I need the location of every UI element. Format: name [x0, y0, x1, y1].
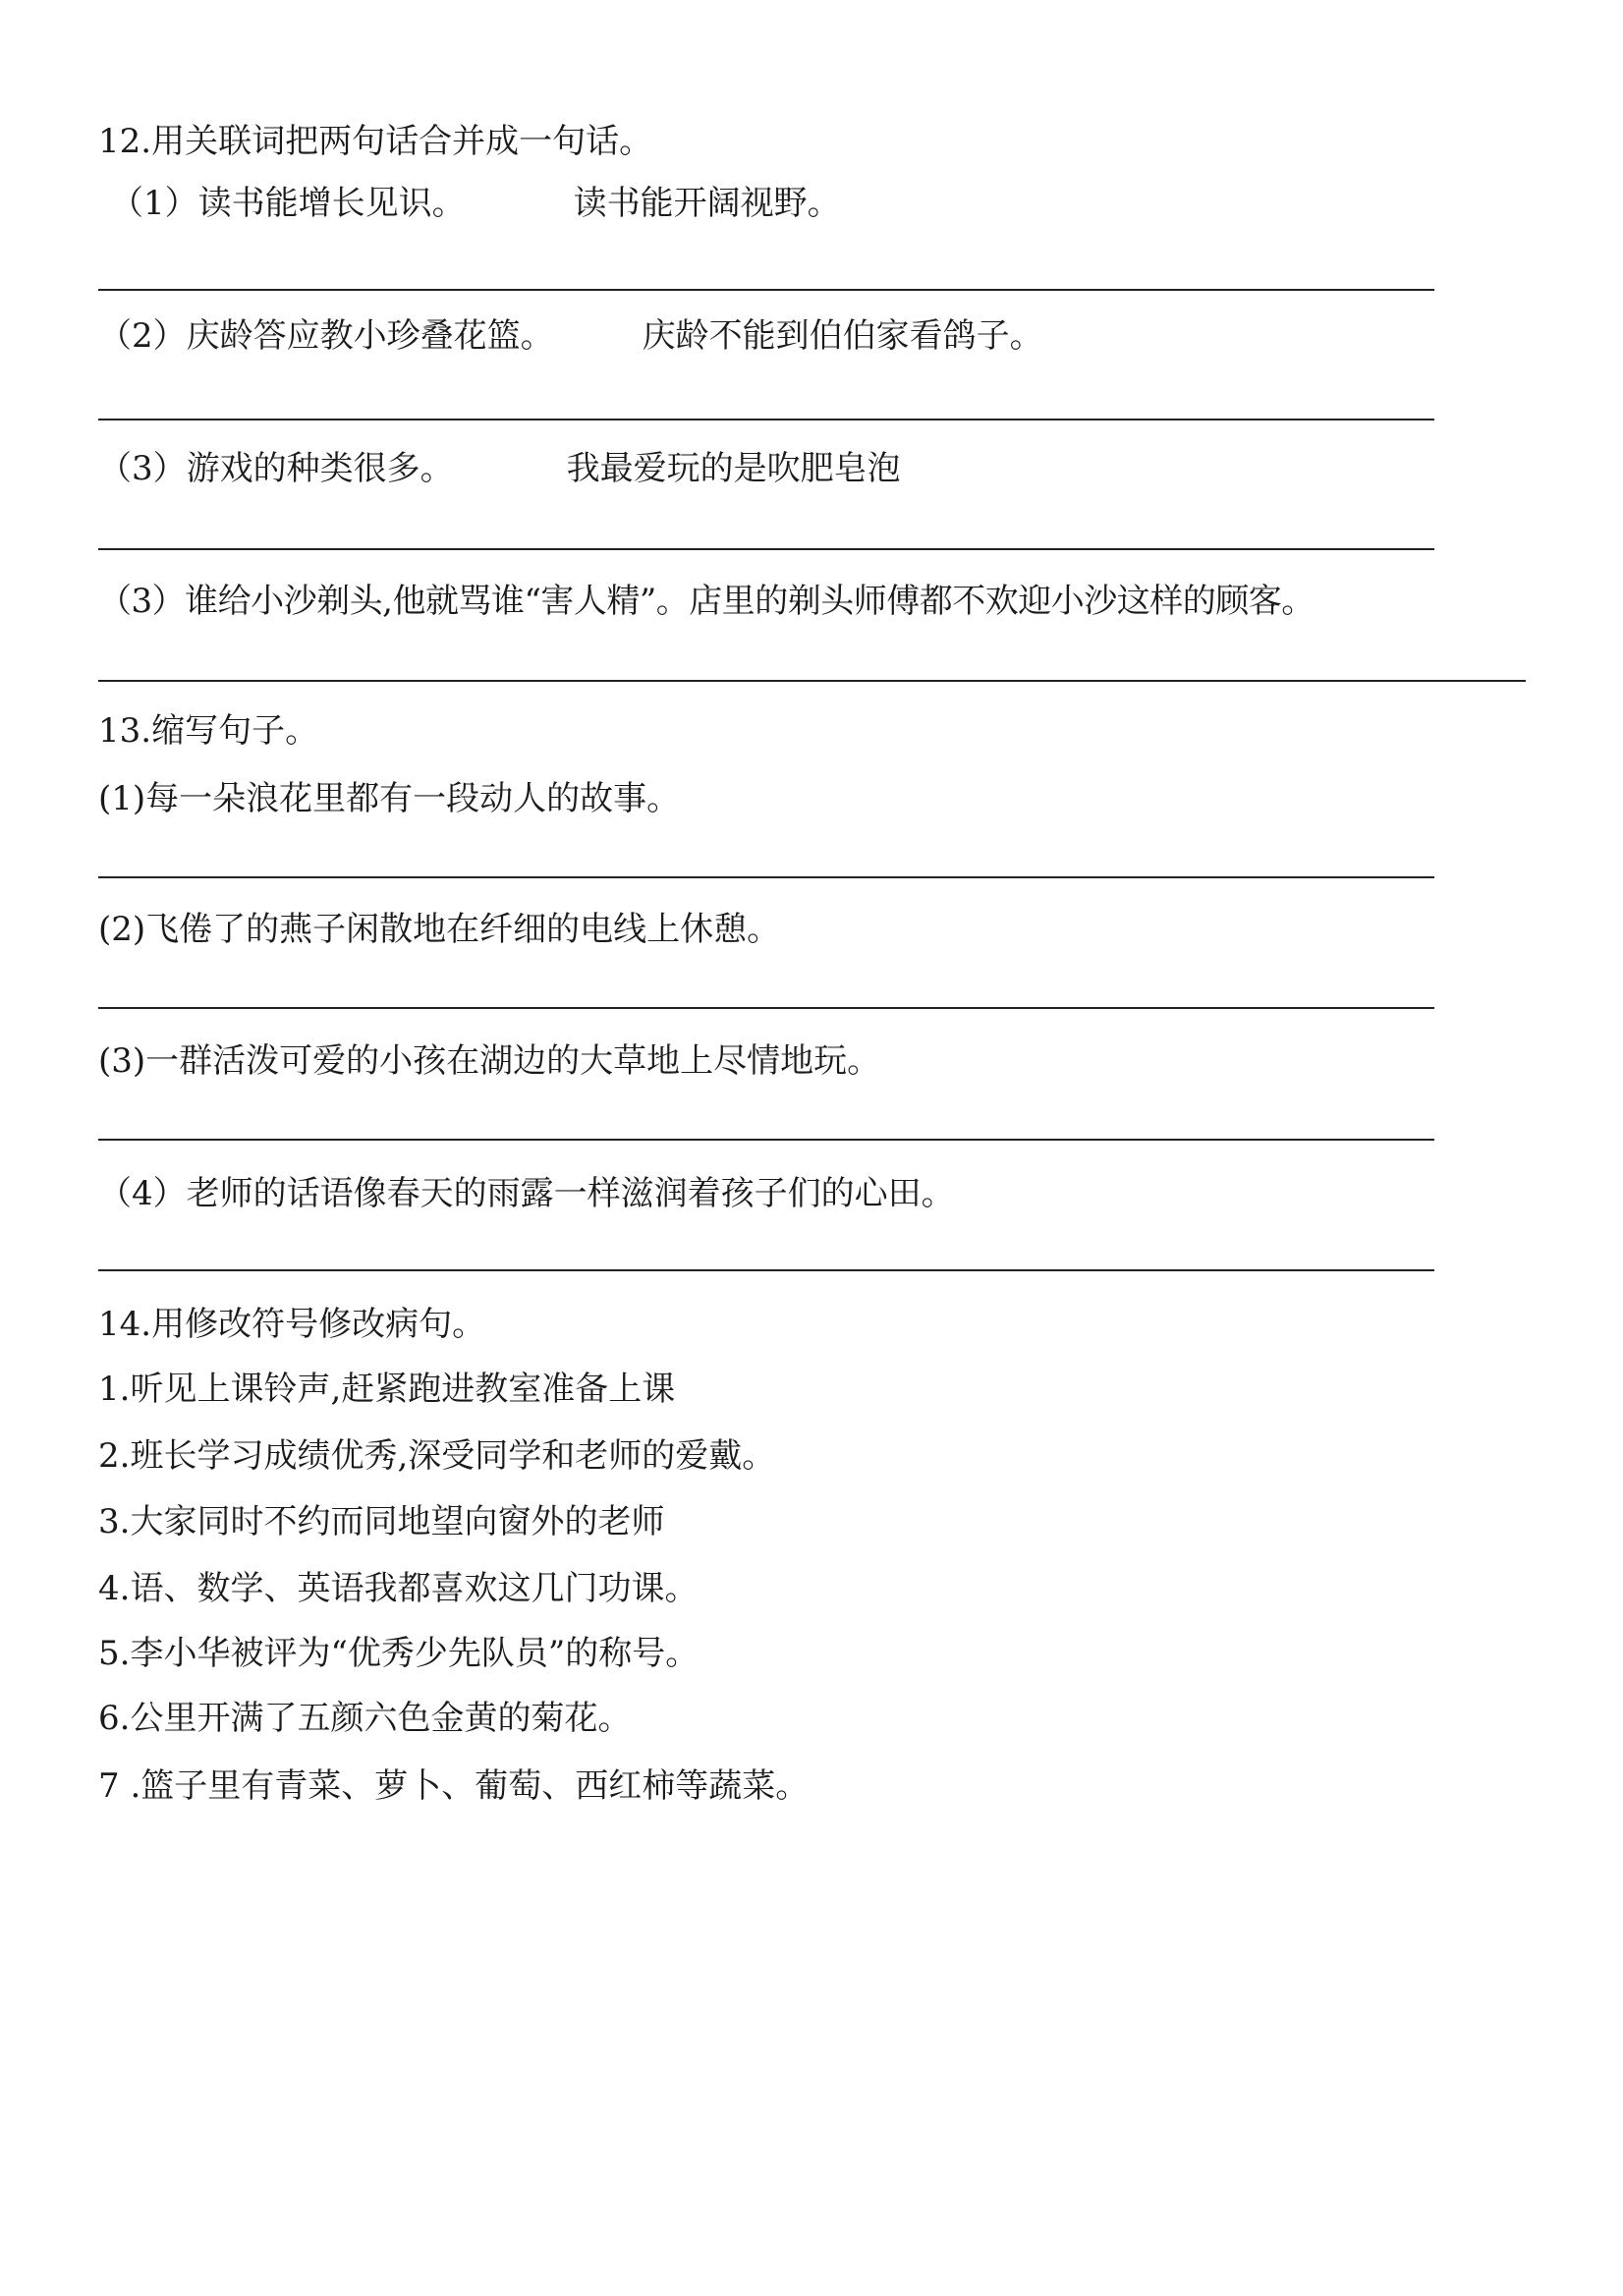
item-label: （2）	[98, 316, 187, 356]
answer-line[interactable]	[98, 419, 1434, 420]
answer-line[interactable]	[98, 1007, 1434, 1009]
q14-item-2: 2.班长学习成绩优秀,深受同学和老师的爱戴。	[98, 1436, 775, 1476]
sentence-a: 庆龄答应教小珍叠花篮。	[187, 316, 554, 356]
sentence-b: 庆龄不能到伯伯家看鸽子。	[643, 316, 1043, 356]
q12-item-3: （3）游戏的种类很多。我最爱玩的是吹肥皂泡	[98, 449, 901, 488]
q13-item-3: (3)一群活泼可爱的小孩在湖边的大草地上尽情地玩。	[98, 1041, 880, 1081]
answer-line[interactable]	[98, 680, 1526, 682]
q12-heading: 12.用关联词把两句话合并成一句话。	[98, 122, 652, 161]
answer-line[interactable]	[98, 876, 1434, 878]
q13-item-4: （4）老师的话语像春天的雨露一样滋润着孩子们的心田。	[98, 1174, 955, 1213]
q13-heading: 13.缩写句子。	[98, 711, 318, 751]
q14-item-3: 3.大家同时不约而同地望向窗外的老师	[98, 1502, 664, 1541]
sentence-a: 谁给小沙剃头,他就骂谁“害人精”。店里的剃头师傅都不欢迎小沙这样的顾客。	[185, 582, 1315, 621]
answer-line[interactable]	[98, 548, 1434, 550]
answer-line[interactable]	[98, 1139, 1434, 1141]
q12-item-2: （2）庆龄答应教小珍叠花篮。庆龄不能到伯伯家看鸽子。	[98, 316, 1043, 356]
q12-item-1: （1）读书能增长见识。读书能开阔视野。	[110, 184, 841, 223]
q14-heading: 14.用修改符号修改病句。	[98, 1305, 485, 1344]
sentence-b: 读书能开阔视野。	[574, 184, 841, 223]
q13-item-2: (2)飞倦了的燕子闲散地在纤细的电线上休憩。	[98, 910, 780, 949]
answer-line[interactable]	[98, 289, 1434, 291]
q13-item-1: (1)每一朵浪花里都有一段动人的故事。	[98, 779, 680, 818]
sentence-a: 读书能增长见识。	[198, 184, 466, 223]
item-label: （3）	[98, 449, 187, 488]
q14-item-1: 1.听见上课铃声,赶紧跑进教室准备上课	[98, 1370, 675, 1409]
q14-item-4: 4.语、数学、英语我都喜欢这几门功课。	[98, 1569, 698, 1608]
q12-item-4: （3）谁给小沙剃头,他就骂谁“害人精”。店里的剃头师傅都不欢迎小沙这样的顾客。	[98, 582, 1315, 621]
q14-item-7: 7 .篮子里有青菜、萝卜、葡萄、西红柿等蔬菜。	[98, 1766, 809, 1806]
q14-item-6: 6.公里开满了五颜六色金黄的菊花。	[98, 1699, 631, 1738]
answer-line[interactable]	[98, 1269, 1434, 1271]
sentence-a: 游戏的种类很多。	[187, 449, 454, 488]
item-label: （1）	[110, 184, 198, 223]
sentence-b: 我最爱玩的是吹肥皂泡	[567, 449, 901, 488]
item-label: （3）	[98, 582, 185, 621]
q14-item-5: 5.李小华被评为“优秀少先队员”的称号。	[98, 1634, 699, 1673]
